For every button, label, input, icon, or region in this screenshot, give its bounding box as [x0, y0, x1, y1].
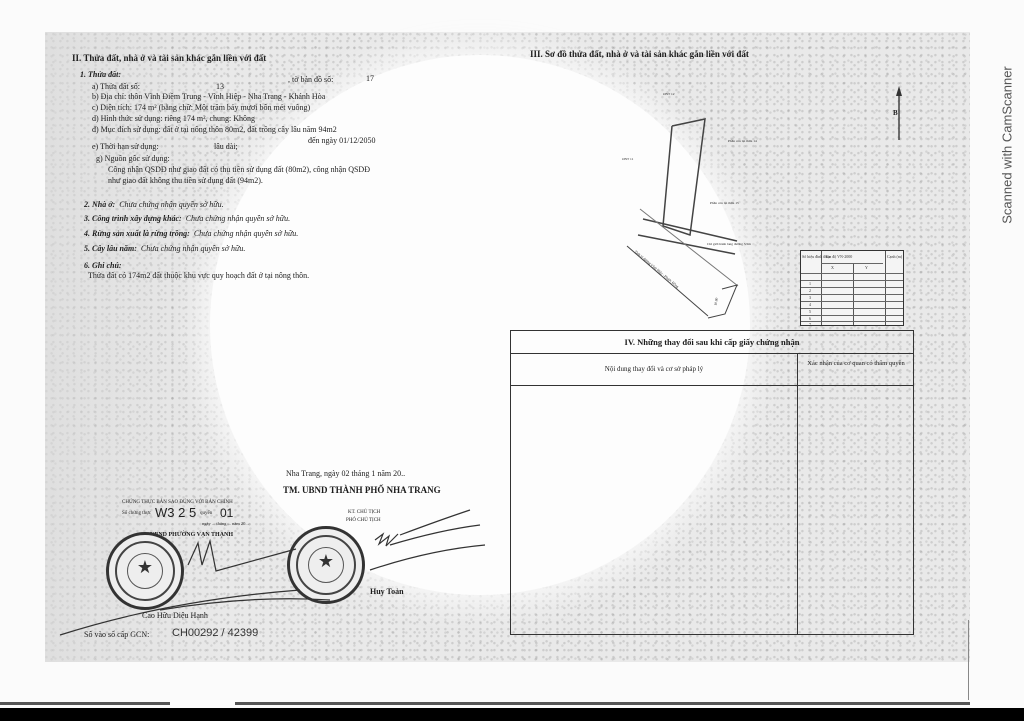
cert-date: ngày ... tháng ... năm 20... [202, 522, 249, 527]
page-edge-bottom [0, 702, 170, 705]
registry-label: Số vào sổ cấp GCN: [84, 631, 149, 639]
cert-number: W3 2 5 [155, 506, 196, 519]
watermark-text: Scanned with CamScanner [1000, 66, 1015, 224]
cert-number-label: Số chứng thực [122, 511, 151, 516]
official-seal-ward: ★ [106, 532, 184, 610]
cert-book: 01 [220, 507, 233, 519]
cert-signer: Cao Hữu Diệu Hạnh [142, 612, 208, 620]
camscanner-watermark: Scanned with CamScanner [995, 50, 1019, 240]
cert-book-label: quyển [200, 511, 212, 516]
page-edge [968, 620, 969, 700]
registry-number: CH00292 / 42399 [172, 628, 258, 639]
page-edge-bottom [235, 702, 970, 705]
scanned-page: II. Thửa đất, nhà ở và tài sản khác gắn … [0, 0, 1024, 708]
